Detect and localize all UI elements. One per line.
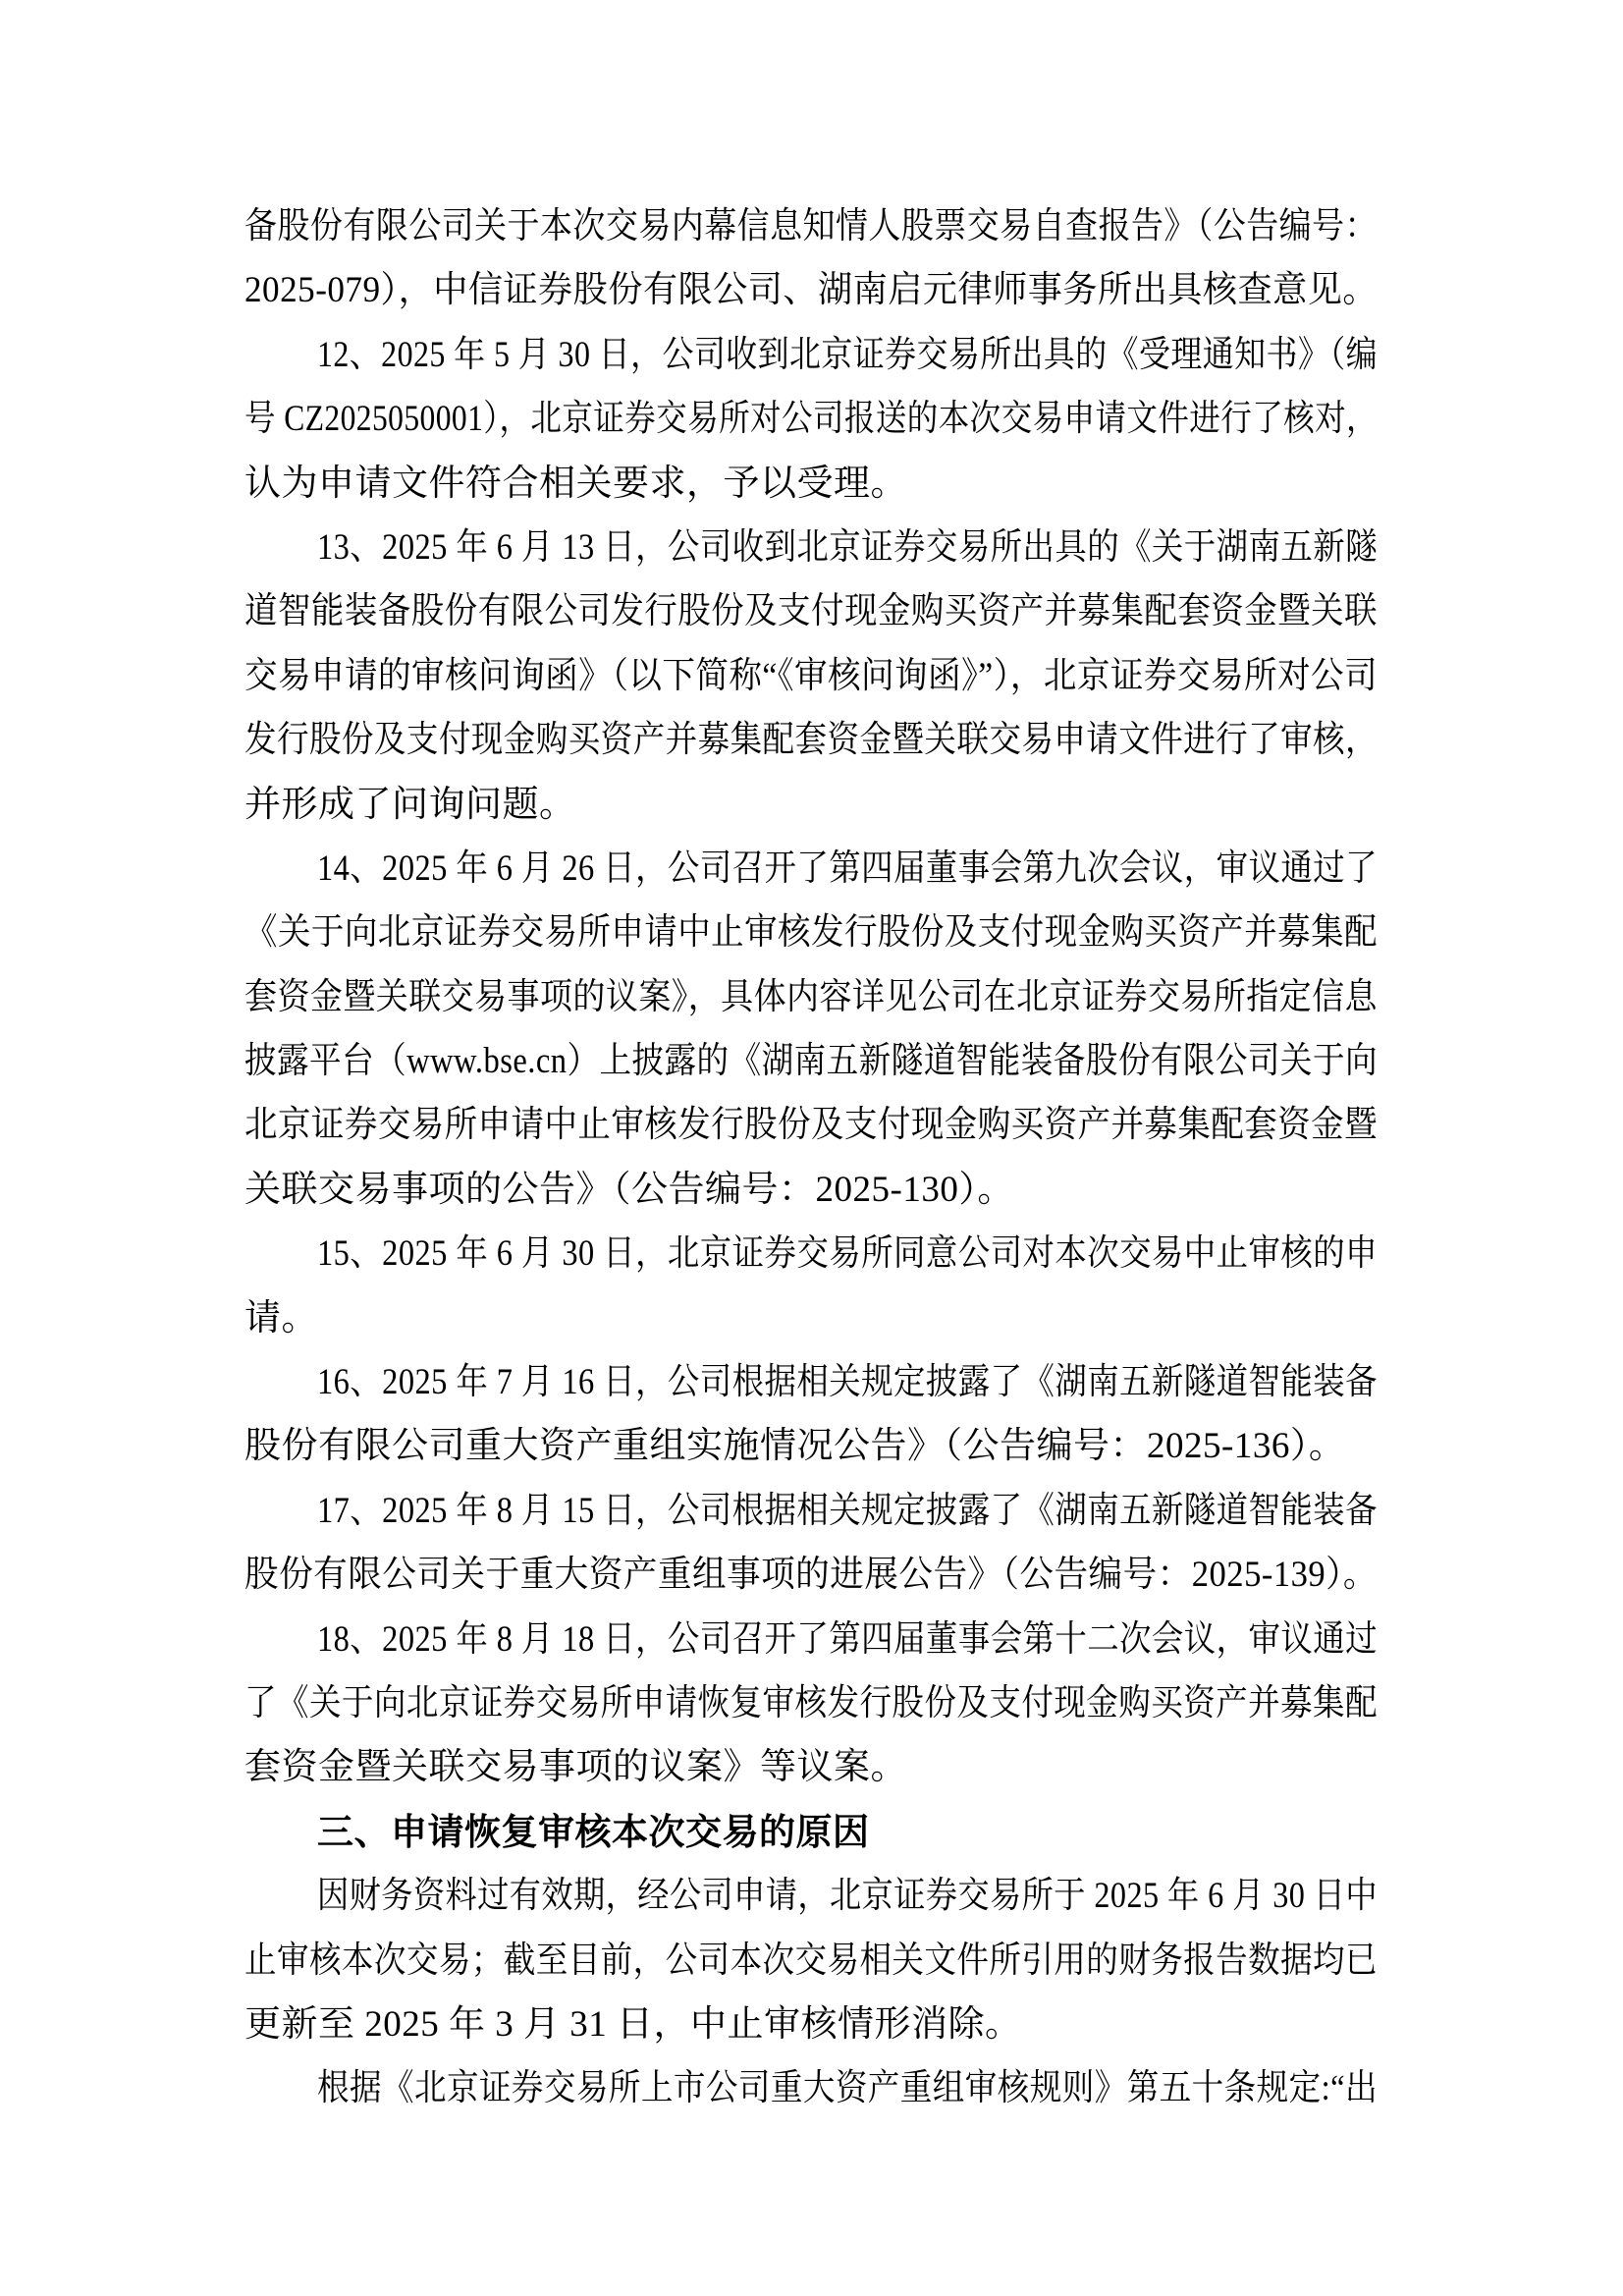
text-line: 《关于向北京证券交易所申请中止审核发行股份及支付现金购买资产并募集配 [244,901,1378,964]
text-line-content: 了《关于向北京证券交易所申请恢复审核发行股份及支付现金购买资产并募集配 [244,1671,1378,1735]
text-line-content: 12、2025 年 5 月 30 日，公司收到北京证券交易所出具的《受理通知书》… [317,323,1378,387]
text-line: 并形成了问询问题。 [244,773,1378,837]
text-line-content: 号 CZ2025050001），北京证券交易所对公司报送的本次交易申请文件进行了… [244,387,1378,451]
text-line-content: 披露平台（www.bse.cn）上披露的《湖南五新隧道智能装备股份有限公司关于向 [244,1029,1378,1093]
text-line: 2025-079），中信证券股份有限公司、湖南启元律师事务所出具核查意见。 [244,258,1378,322]
text-line: 根据《北京证券交易所上市公司重大资产重组审核规则》第五十条规定:“出 [244,2056,1378,2120]
text-line: 号 CZ2025050001），北京证券交易所对公司报送的本次交易申请文件进行了… [244,387,1378,451]
text-line: 12、2025 年 5 月 30 日，公司收到北京证券交易所出具的《受理通知书》… [244,323,1378,387]
text-line-content: 止审核本次交易；截至目前，公司本次交易相关文件所引用的财务报告数据均已 [244,1929,1378,1993]
text-line: 道智能装备股份有限公司发行股份及支付现金购买资产并募集配套资金暨关联 [244,579,1378,643]
text-line-content: 认为申请文件符合相关要求，予以受理。 [244,452,907,516]
text-line-content: 关联交易事项的公告》（公告编号：2025-130）。 [244,1158,1014,1222]
text-line: 14、2025 年 6 月 26 日，公司召开了第四届董事会第九次会议，审议通过… [244,837,1378,901]
text-line: 股份有限公司关于重大资产重组事项的进展公告》（公告编号：2025-139）。 [244,1543,1378,1607]
text-line-content: 套资金暨关联交易事项的议案》，具体内容详见公司在北京证券交易所指定信息 [244,965,1378,1029]
text-line-content: 道智能装备股份有限公司发行股份及支付现金购买资产并募集配套资金暨关联 [244,579,1378,643]
text-line-content: 并形成了问询问题。 [244,773,576,837]
text-line-content: 备股份有限公司关于本次交易内幕信息知情人股票交易自查报告》（公告编号： [244,194,1378,258]
text-line: 股份有限公司重大资产重组实施情况公告》（公告编号：2025-136）。 [244,1414,1378,1478]
text-line-content: 2025-079），中信证券股份有限公司、湖南启元律师事务所出具核查意见。 [244,258,1378,322]
text-block: 备股份有限公司关于本次交易内幕信息知情人股票交易自查报告》（公告编号：2025-… [244,194,1378,2121]
text-line: 认为申请文件符合相关要求，予以受理。 [244,452,1378,516]
text-line-content: 16、2025 年 7 月 16 日，公司根据相关规定披露了《湖南五新隧道智能装… [317,1350,1378,1414]
text-line: 北京证券交易所申请中止审核发行股份及支付现金购买资产并募集配套资金暨 [244,1093,1378,1157]
text-line: 更新至 2025 年 3 月 31 日，中止审核情形消除。 [244,1993,1378,2056]
text-line-content: 《关于向北京证券交易所申请中止审核发行股份及支付现金购买资产并募集配 [244,901,1378,964]
text-line-content: 13、2025 年 6 月 13 日，公司收到北京证券交易所出具的《关于湖南五新… [317,516,1378,579]
text-line: 16、2025 年 7 月 16 日，公司根据相关规定披露了《湖南五新隧道智能装… [244,1350,1378,1414]
text-line: 披露平台（www.bse.cn）上披露的《湖南五新隧道智能装备股份有限公司关于向 [244,1029,1378,1093]
text-line-content: 套资金暨关联交易事项的议案》等议案。 [244,1735,907,1799]
text-line-content: 15、2025 年 6 月 30 日，北京证券交易所同意公司对本次交易中止审核的… [317,1222,1378,1285]
text-line: 套资金暨关联交易事项的议案》等议案。 [244,1735,1378,1799]
text-line: 因财务资料过有效期，经公司申请，北京证券交易所于 2025 年 6 月 30 日… [244,1864,1378,1928]
text-line-content: 股份有限公司关于重大资产重组事项的进展公告》（公告编号：2025-139）。 [244,1543,1378,1607]
text-line: 套资金暨关联交易事项的议案》，具体内容详见公司在北京证券交易所指定信息 [244,965,1378,1029]
text-line: 止审核本次交易；截至目前，公司本次交易相关文件所引用的财务报告数据均已 [244,1929,1378,1993]
text-line: 17、2025 年 8 月 15 日，公司根据相关规定披露了《湖南五新隧道智能装… [244,1479,1378,1543]
text-line-content: 根据《北京证券交易所上市公司重大资产重组审核规则》第五十条规定:“出 [317,2056,1378,2120]
text-line: 交易申请的审核问询函》（以下简称“《审核问询函》”），北京证券交易所对公司 [244,644,1378,708]
text-line-content: 请。 [244,1286,318,1350]
text-line-content: 股份有限公司重大资产重组实施情况公告》（公告编号：2025-136）。 [244,1414,1345,1478]
text-line: 15、2025 年 6 月 30 日，北京证券交易所同意公司对本次交易中止审核的… [244,1222,1378,1285]
text-line: 18、2025 年 8 月 18 日，公司召开了第四届董事会第十二次会议，审议通… [244,1608,1378,1671]
text-line: 发行股份及支付现金购买资产并募集配套资金暨关联交易申请文件进行了审核， [244,708,1378,772]
text-line-content: 发行股份及支付现金购买资产并募集配套资金暨关联交易申请文件进行了审核， [244,708,1378,772]
text-line: 13、2025 年 6 月 13 日，公司收到北京证券交易所出具的《关于湖南五新… [244,516,1378,579]
text-line: 关联交易事项的公告》（公告编号：2025-130）。 [244,1158,1378,1222]
text-line-content: 交易申请的审核问询函》（以下简称“《审核问询函》”），北京证券交易所对公司 [244,644,1378,708]
text-line: 了《关于向北京证券交易所申请恢复审核发行股份及支付现金购买资产并募集配 [244,1671,1378,1735]
text-line-content: 14、2025 年 6 月 26 日，公司召开了第四届董事会第九次会议，审议通过… [317,837,1378,901]
text-line-content: 18、2025 年 8 月 18 日，公司召开了第四届董事会第十二次会议，审议通… [317,1608,1378,1671]
text-line-content: 更新至 2025 年 3 月 31 日，中止审核情形消除。 [244,1993,1022,2056]
document-page: 备股份有限公司关于本次交易内幕信息知情人股票交易自查报告》（公告编号：2025-… [0,0,1623,2296]
text-line: 请。 [244,1286,1378,1350]
section-heading: 三、申请恢复审核本次交易的原因 [244,1800,1378,1864]
text-line-content: 北京证券交易所申请中止审核发行股份及支付现金购买资产并募集配套资金暨 [244,1093,1378,1157]
text-line-content: 三、申请恢复审核本次交易的原因 [317,1800,870,1864]
text-line-content: 因财务资料过有效期，经公司申请，北京证券交易所于 2025 年 6 月 30 日… [317,1864,1378,1928]
text-line-content: 17、2025 年 8 月 15 日，公司根据相关规定披露了《湖南五新隧道智能装… [317,1479,1378,1543]
text-line: 备股份有限公司关于本次交易内幕信息知情人股票交易自查报告》（公告编号： [244,194,1378,258]
